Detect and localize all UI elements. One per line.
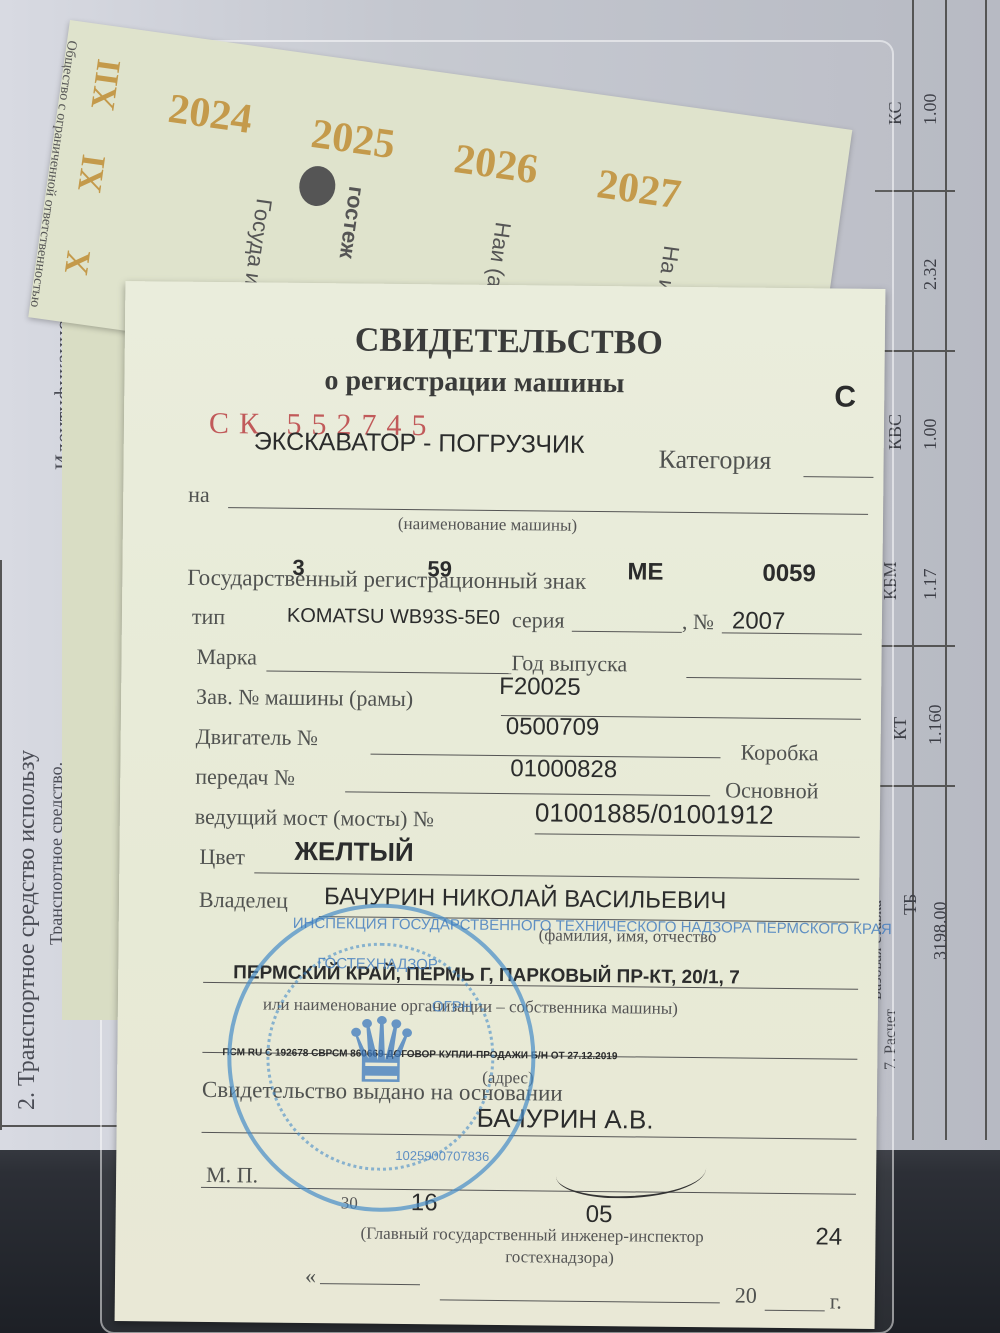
- year-2025: 2025: [308, 110, 398, 169]
- year-prefix: 20: [735, 1282, 757, 1308]
- back-text-gostekh: гостеж: [334, 185, 370, 260]
- brand-line: [266, 671, 511, 675]
- year-2027: 2027: [594, 160, 684, 219]
- reg-sign-number: 0059: [762, 560, 816, 589]
- axle-line: [535, 833, 860, 837]
- color-value: ЖЕЛТЫЙ: [294, 836, 413, 868]
- mp-label: М. П.: [206, 1162, 258, 1189]
- date-month-line: [440, 1299, 720, 1303]
- certificate-title: СВИДЕТЕЛЬСТВО: [355, 321, 663, 362]
- bg-table-line: [945, 0, 947, 1140]
- bg-table-line: [912, 0, 914, 1140]
- date-month: 05: [586, 1201, 613, 1229]
- inspector-caption-2: гостехнадзора): [505, 1247, 614, 1268]
- gearbox-line: [345, 791, 710, 796]
- bg-table-line: [985, 0, 987, 1140]
- number-label: , №: [682, 609, 714, 635]
- gearbox-label-1: Коробка: [740, 740, 818, 767]
- machine-name-caption: (наименование машины): [398, 514, 577, 536]
- frame-label: Зав. № машины (рамы): [196, 684, 413, 712]
- engine-label: Двигатель №: [196, 724, 319, 751]
- stamp-ogrn-label: ОГРН: [432, 998, 473, 1015]
- certificate-subtitle: о регистрации машины: [324, 365, 624, 400]
- bg-section-2: 2. Транспортное средство использу: [14, 750, 41, 1110]
- date-year-line: [765, 1310, 825, 1312]
- inspector-caption-1: (Главный государственный инженер-инспект…: [360, 1224, 703, 1248]
- reg-sign-label: Государственный регистрационный знак: [187, 565, 586, 595]
- year-2026: 2026: [451, 135, 541, 194]
- official-stamp: ♛ ИНСПЕКЦИЯ ГОСУДАРСТВЕННОГО ТЕХНИЧЕСКОГ…: [226, 902, 537, 1213]
- bg-table-line: [0, 560, 2, 1130]
- bg-val-kt: 1.160: [925, 705, 946, 746]
- bg-col-tb: ТБ: [900, 894, 921, 915]
- year-line: [686, 677, 861, 680]
- axle-value: 01001885/01001912: [535, 797, 774, 830]
- month-xii: XII: [84, 57, 129, 113]
- stamp-inner-text: ГОСТЕХНАДЗОР: [317, 955, 438, 973]
- machine-name-line: [228, 507, 868, 515]
- stamp-ogrn-value: 1025900707836: [395, 1148, 489, 1164]
- owner-label: Владелец: [199, 887, 288, 914]
- gearbox-label-2: передач №: [195, 764, 295, 791]
- stamp-outer-text: ИНСПЕКЦИЯ ГОСУДАРСТВЕННОГО ТЕХНИЧЕСКОГО …: [293, 915, 892, 938]
- bg-val-kbm: 1.17: [920, 569, 941, 601]
- type-value: KOMATSU WB93S-5E0: [287, 605, 500, 630]
- series-label: серия: [512, 607, 565, 634]
- month-x: X: [58, 248, 99, 278]
- na-label: на: [188, 482, 210, 508]
- frame-value: F20025: [499, 673, 581, 702]
- bg-val-ks: 1.00: [920, 94, 941, 126]
- gearbox-value: 01000828: [510, 755, 617, 784]
- coat-of-arms-icon: ♛: [331, 997, 432, 1108]
- bg-val-ko: 2.32: [920, 259, 941, 291]
- punch-hole: [297, 164, 338, 209]
- bg-val-tb: 3198.00: [930, 902, 951, 961]
- date-year: 24: [815, 1223, 842, 1251]
- registration-certificate: СВИДЕТЕЛЬСТВО о регистрации машины С СК …: [115, 281, 886, 1329]
- type-label: тип: [192, 604, 225, 630]
- category-line: [803, 476, 873, 478]
- machine-name: ЭКСКАВАТОР - ПОГРУЗЧИК: [254, 427, 585, 459]
- series-line: [572, 631, 682, 633]
- category-value: С: [834, 380, 856, 414]
- bg-val-kvs: 1.00: [920, 419, 941, 451]
- engine-value: 0500709: [506, 713, 600, 742]
- color-line: [254, 872, 859, 879]
- year-2024: 2024: [165, 85, 255, 144]
- reg-sign-series: МЕ: [627, 558, 663, 586]
- color-label: Цвет: [199, 844, 245, 870]
- month-xi: XI: [71, 152, 114, 195]
- brand-label: Марка: [196, 644, 257, 671]
- axle-label-2: ведущий мост (мосты) №: [195, 804, 434, 833]
- category-label: Категория: [658, 445, 771, 476]
- date-day-line: [320, 1283, 420, 1285]
- quote-mark: «: [305, 1263, 316, 1289]
- year-suffix: г.: [830, 1288, 842, 1314]
